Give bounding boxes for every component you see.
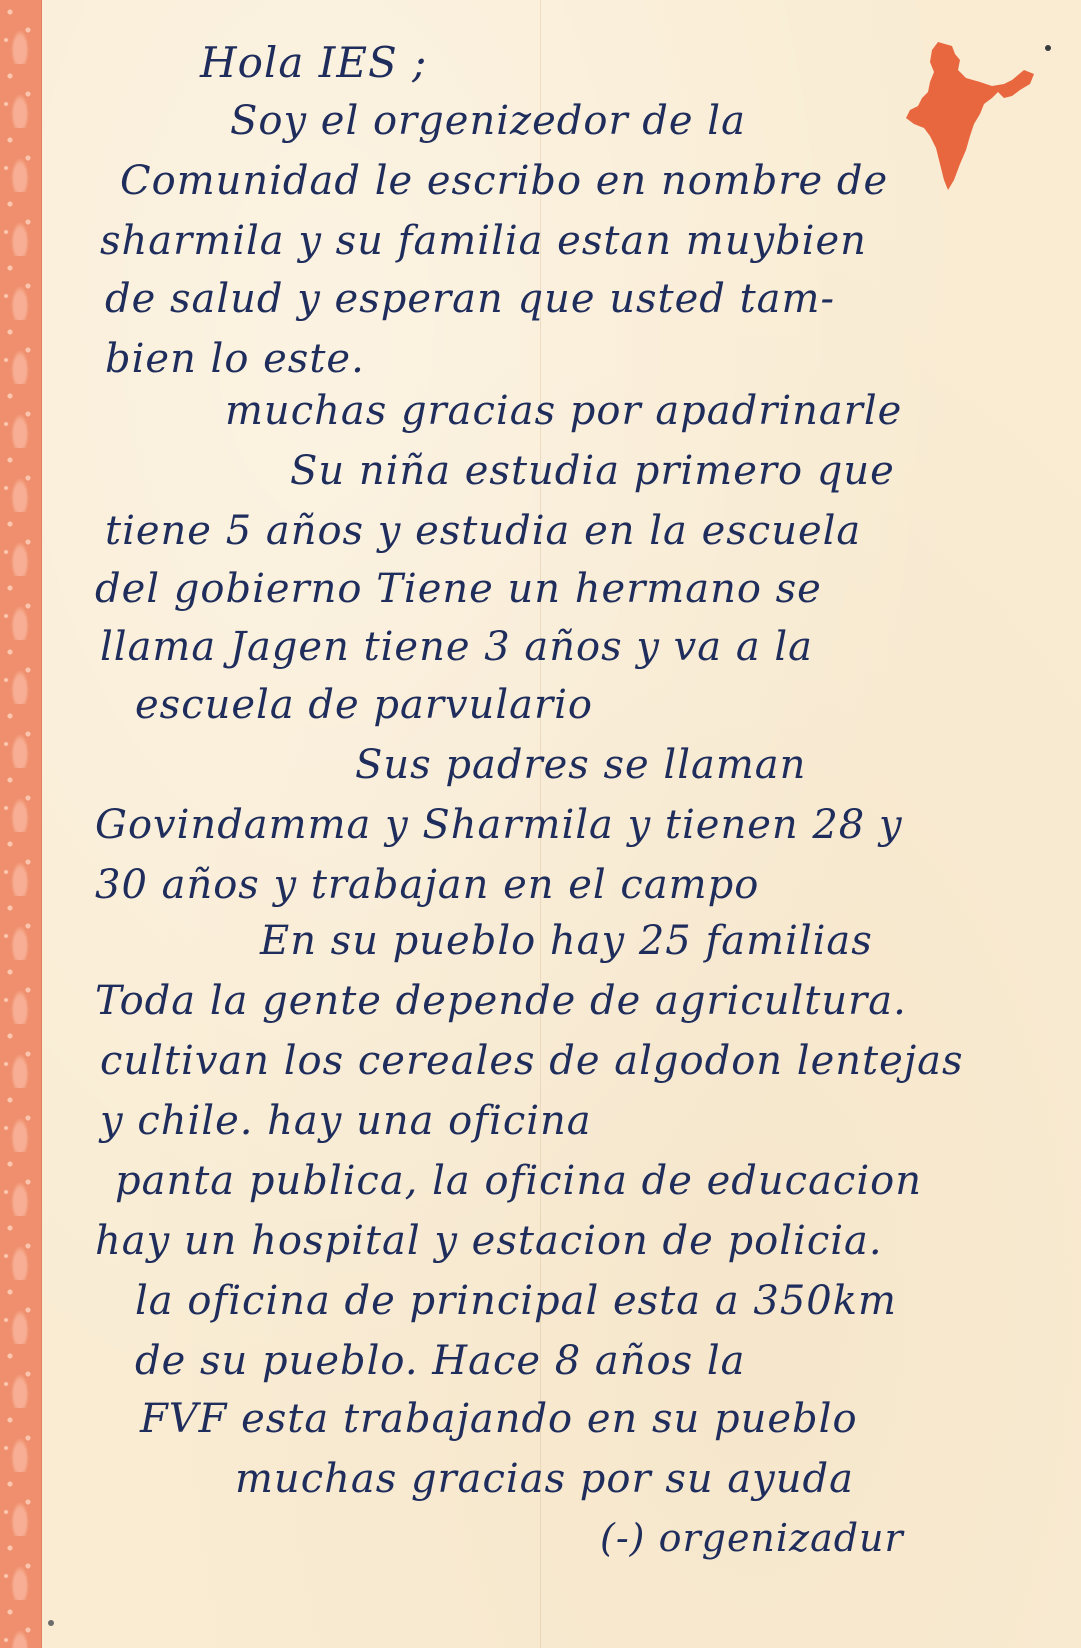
- paisley-border: [0, 0, 42, 1648]
- letter-line: En su pueblo hay 25 familias: [260, 918, 873, 964]
- corner-mark: [48, 1620, 54, 1626]
- letter-line: llama Jagen tiene 3 años y va a la: [100, 624, 813, 670]
- letter-line: tiene 5 años y estudia en la escuela: [105, 508, 861, 554]
- letter-page: Hola IES ; Soy el orgenizedor de la Comu…: [0, 0, 1081, 1648]
- letter-line: Sus padres se llaman: [355, 742, 806, 788]
- letter-line: y chile. hay una oficina: [100, 1098, 592, 1144]
- pinhole-mark: [1045, 45, 1051, 51]
- letter-line: hay un hospital y estacion de policia.: [95, 1218, 883, 1264]
- letter-line: Su niña estudia primero que: [290, 448, 895, 494]
- letter-line: del gobierno Tiene un hermano se: [95, 566, 822, 612]
- letter-greeting: Hola IES ;: [200, 38, 427, 87]
- letter-line: Comunidad le escribo en nombre de: [120, 158, 888, 204]
- letter-line: muchas gracias por su ayuda: [235, 1456, 854, 1502]
- letter-line: FVF esta trabajando en su pueblo: [140, 1396, 858, 1442]
- letter-line: 30 años y trabajan en el campo: [95, 862, 759, 908]
- letter-line: la oficina de principal esta a 350km: [135, 1278, 897, 1324]
- letter-line: de salud y esperan que usted tam-: [105, 276, 835, 322]
- letter-line: cultivan los cereales de algodon lenteja…: [100, 1038, 964, 1084]
- india-map-icon: [900, 40, 1040, 200]
- letter-line: Soy el orgenizedor de la: [230, 98, 746, 144]
- letter-line: escuela de parvulario: [135, 682, 593, 728]
- letter-signature: (-) orgenizadur: [600, 1516, 904, 1560]
- letter-line: bien lo este.: [105, 336, 365, 382]
- letter-line: Govindamma y Sharmila y tienen 28 y: [95, 802, 903, 848]
- letter-line: sharmila y su familia estan muybien: [100, 218, 867, 264]
- letter-line: muchas gracias por apadrinarle: [225, 388, 902, 434]
- letter-line: panta publica, la oficina de educacion: [115, 1158, 922, 1204]
- letter-line: Toda la gente depende de agricultura.: [95, 978, 907, 1024]
- letter-line: de su pueblo. Hace 8 años la: [135, 1338, 746, 1384]
